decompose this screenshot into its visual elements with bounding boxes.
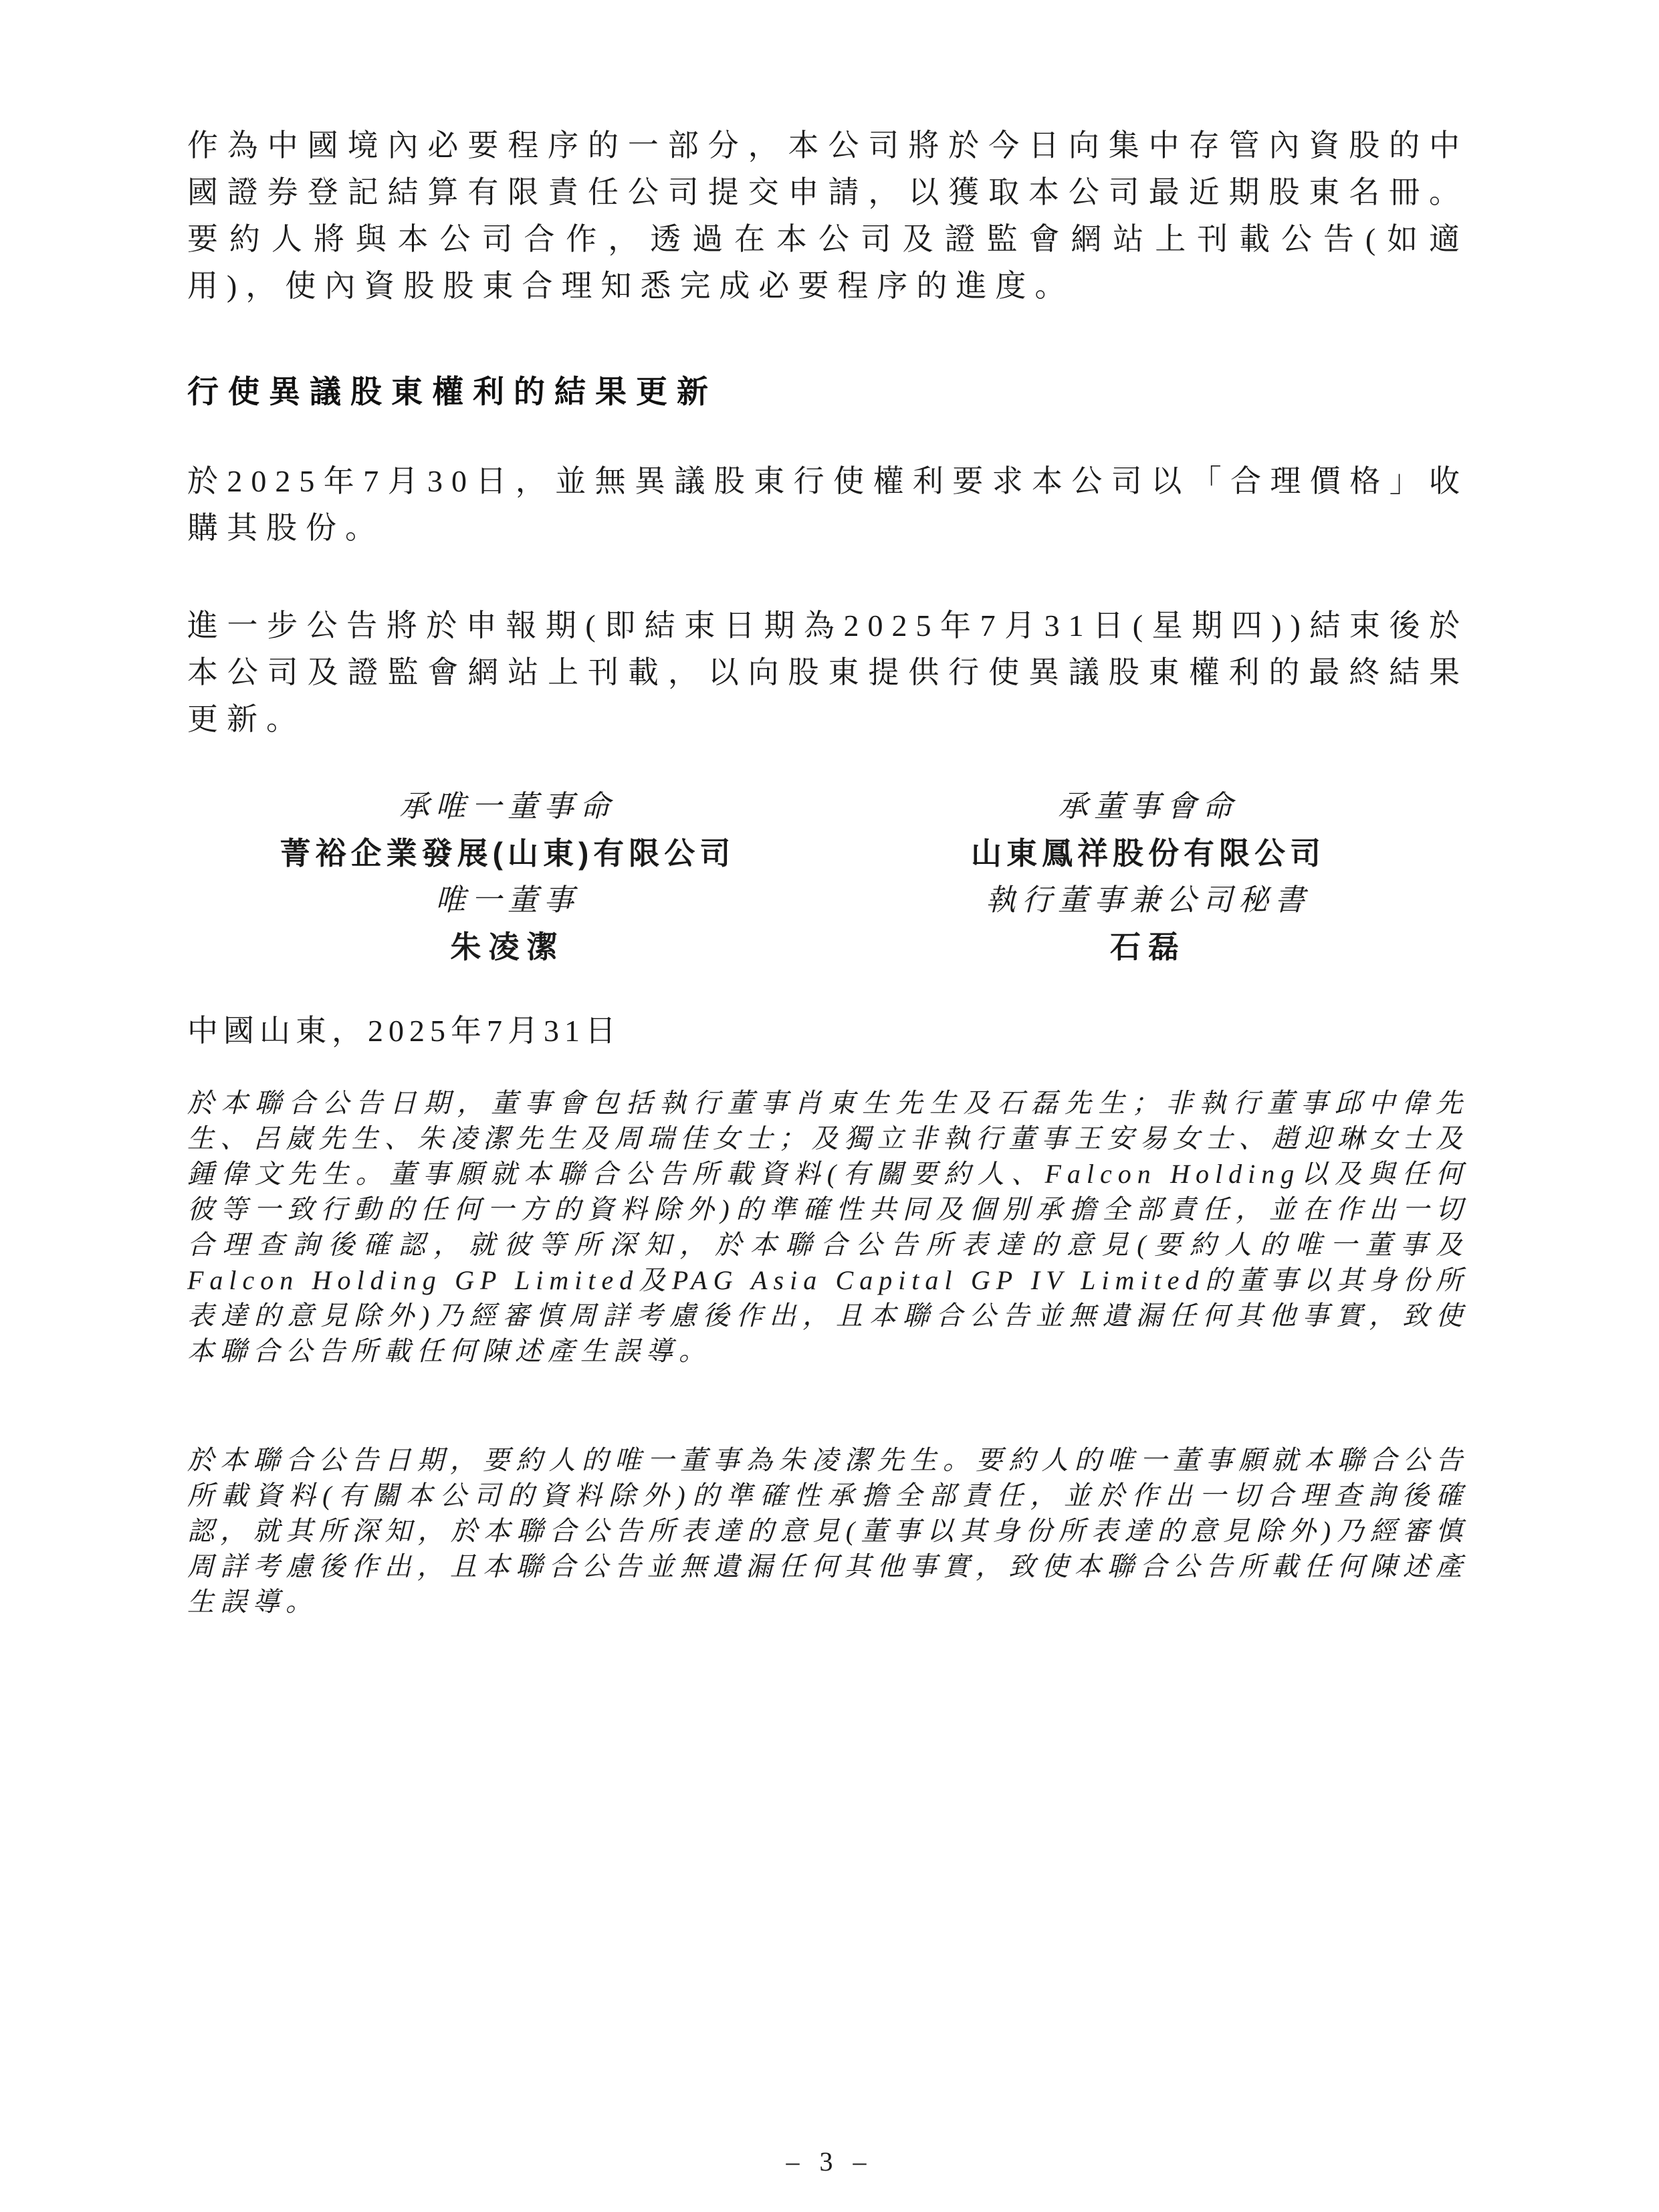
company-name: 山東鳳祥股份有限公司 [828, 830, 1468, 877]
directors-responsibility-statement: 於本聯合公告日期，董事會包括執行董事肖東生先生及石磊先生；非執行董事邱中偉先生、… [187, 1085, 1468, 1369]
company-signatory-name: 石磊 [828, 923, 1468, 970]
offeror-signatory-title: 唯一董事 [187, 877, 828, 923]
signature-offeror: 承唯一董事命 菁裕企業發展(山東)有限公司 唯一董事 朱凌潔 [187, 783, 828, 970]
signature-block: 承唯一董事命 菁裕企業發展(山東)有限公司 唯一董事 朱凌潔 承董事會命 山東鳳… [187, 783, 1468, 970]
paragraph-china-procedures: 作為中國境內必要程序的一部分，本公司將於今日向集中存管內資股的中國證券登記結算有… [187, 122, 1468, 310]
signature-company: 承董事會命 山東鳳祥股份有限公司 執行董事兼公司秘書 石磊 [828, 783, 1468, 970]
page-number: – 3 – [0, 2146, 1659, 2177]
offeror-company-name: 菁裕企業發展(山東)有限公司 [187, 830, 828, 877]
company-by-order-line: 承董事會命 [828, 783, 1468, 830]
section-heading-dissenting-shareholders-update: 行使異議股東權利的結果更新 [187, 368, 1468, 415]
paragraph-no-dissenting-shareholders: 於2025年7月30日，並無異議股東行使權利要求本公司以「合理價格」收購其股份。 [187, 458, 1468, 552]
offeror-director-responsibility-statement: 於本聯合公告日期，要約人的唯一董事為朱凌潔先生。要約人的唯一董事願就本聯合公告所… [187, 1442, 1468, 1620]
place-date-line: 中國山東，2025年7月31日 [187, 1008, 1468, 1055]
paragraph-further-announcement: 進一步公告將於申報期(即結束日期為2025年7月31日(星期四))結束後於本公司… [187, 602, 1468, 743]
offeror-by-order-line: 承唯一董事命 [187, 783, 828, 830]
offeror-signatory-name: 朱凌潔 [187, 923, 828, 970]
company-signatory-title: 執行董事兼公司秘書 [828, 877, 1468, 923]
announcement-page: 作為中國境內必要程序的一部分，本公司將於今日向集中存管內資股的中國證券登記結算有… [0, 0, 1659, 2212]
